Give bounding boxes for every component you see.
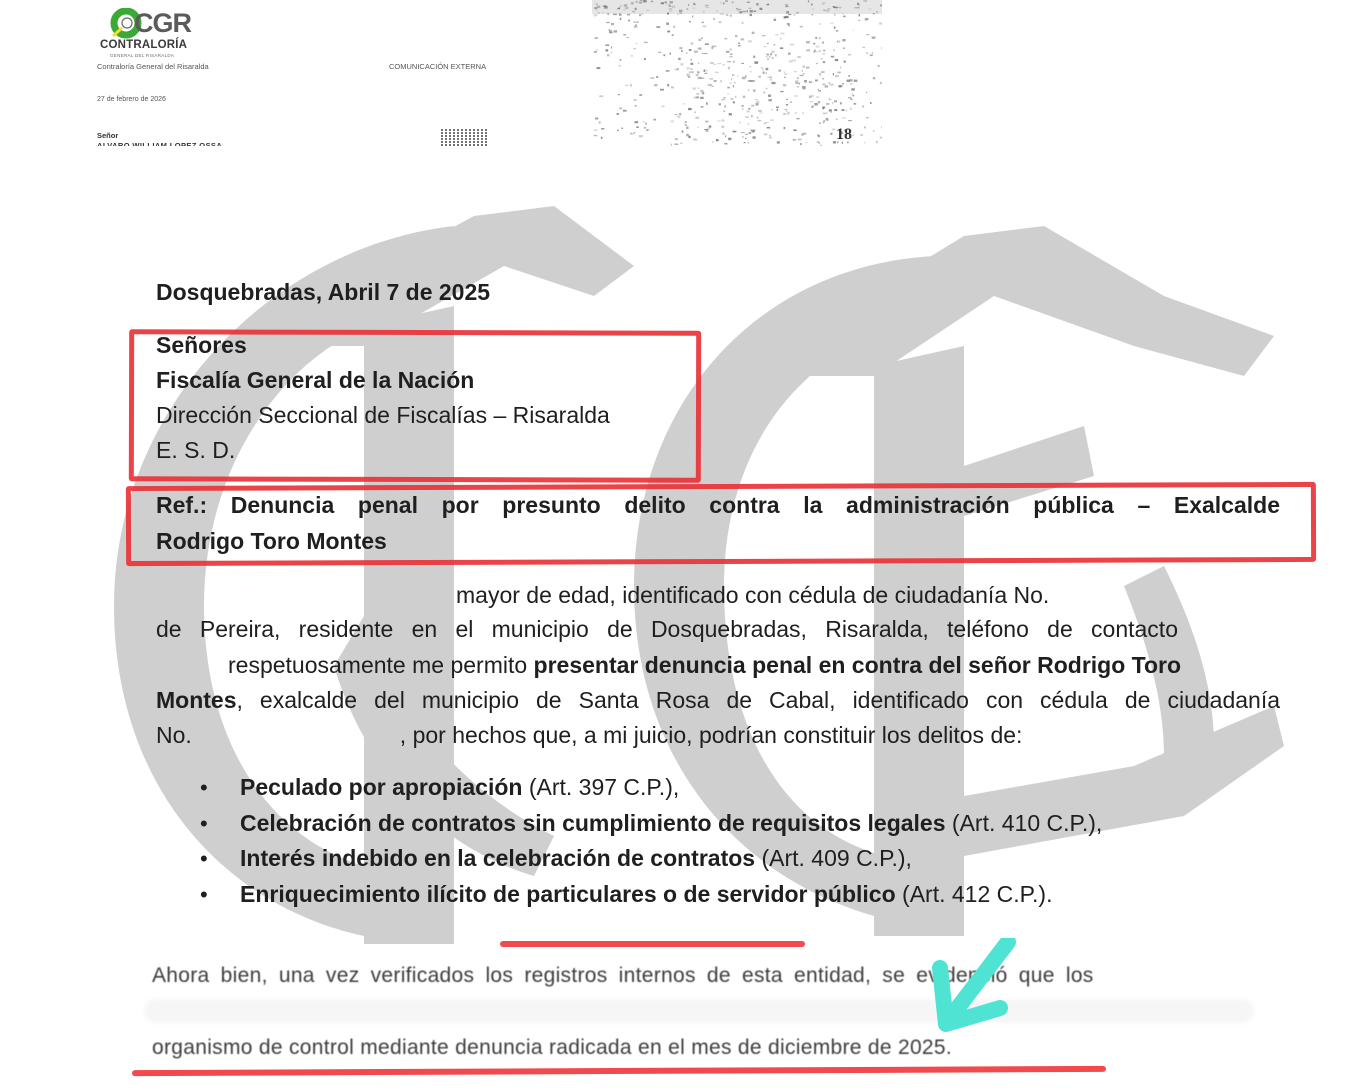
place-city: Dosquebradas, — [156, 279, 322, 305]
crime-article: (Art. 409 C.P.), — [755, 845, 912, 871]
body-text-bold: presentar denuncia penal en contra del s… — [534, 652, 1182, 678]
scanned-page-fragment: 18 — [592, 0, 882, 146]
crime-article: (Art. 397 C.P.), — [522, 774, 679, 800]
list-item: Enriquecimiento ilícito de particulares … — [200, 877, 1102, 913]
response-line-3: organismo de control mediante denuncia r… — [152, 1036, 952, 1060]
body-line: respetuosamente me permito presentar den… — [228, 648, 1280, 683]
arrow-down-left-icon — [920, 938, 1020, 1038]
logo-subtitle: GENERAL DEL RISARALDA — [110, 53, 174, 58]
body-line: mayor de edad, identificado con cédula d… — [456, 578, 1049, 613]
crime-article: (Art. 412 C.P.). — [896, 881, 1053, 907]
logo-name: CONTRALORÍA — [100, 39, 187, 51]
red-highlight-box-reference — [126, 482, 1316, 566]
salutation: Señor — [97, 131, 118, 140]
body-text: respetuosamente me permito — [228, 652, 534, 678]
crimes-list: Peculado por apropiación (Art. 397 C.P.)… — [200, 770, 1102, 912]
body-text: , por hechos que, a mi juicio, podrían c… — [400, 722, 1023, 748]
contraloria-response-fragment: Ahora bien, una vez verificados los regi… — [0, 944, 1368, 1088]
body-text: No. — [156, 722, 192, 748]
body-line: No., por hechos que, a mi juicio, podría… — [156, 718, 1022, 753]
entity-name: Contraloría General del Risaralda — [97, 62, 209, 71]
scan-noise — [592, 0, 882, 146]
list-item: Interés indebido en la celebración de co… — [200, 841, 1102, 877]
red-underline-mark — [500, 941, 805, 947]
body-line: de Pereira, residente en el municipio de… — [156, 612, 1178, 647]
crime-article: (Art. 410 C.P.), — [946, 810, 1103, 836]
qr-code-icon — [441, 128, 487, 146]
letter-date: Abril 7 de 2025 — [322, 279, 490, 305]
crime-name: Celebración de contratos sin cumplimient… — [240, 810, 946, 836]
page-number: 18 — [836, 126, 852, 144]
list-item: Celebración de contratos sin cumplimient… — [200, 806, 1102, 842]
red-underline-mark — [132, 1066, 1106, 1076]
letter-date: 27 de febrero de 2026 — [97, 96, 166, 103]
body-text-bold: Montes — [156, 687, 237, 713]
body-line: Montes, exalcalde del municipio de Santa… — [156, 683, 1280, 718]
document-type: COMUNICACIÓN EXTERNA — [389, 62, 486, 71]
cgr-letter-header: CGR CONTRALORÍA GENERAL DEL RISARALDA Co… — [0, 0, 590, 146]
crime-name: Peculado por apropiación — [240, 774, 522, 800]
logo-acronym: CGR — [134, 8, 191, 39]
body-text: , exalcalde del municipio de Santa Rosa … — [237, 687, 1281, 713]
redacted-line — [144, 999, 1254, 1023]
crime-name: Interés indebido en la celebración de co… — [240, 845, 755, 871]
place-date: Dosquebradas, Abril 7 de 2025 — [156, 275, 490, 310]
list-item: Peculado por apropiación (Art. 397 C.P.)… — [200, 770, 1102, 806]
crime-name: Enriquecimiento ilícito de particulares … — [240, 881, 896, 907]
red-highlight-box-addressee — [129, 329, 701, 482]
complaint-letter: Dosquebradas, Abril 7 de 2025 Señores Fi… — [34, 146, 1368, 944]
